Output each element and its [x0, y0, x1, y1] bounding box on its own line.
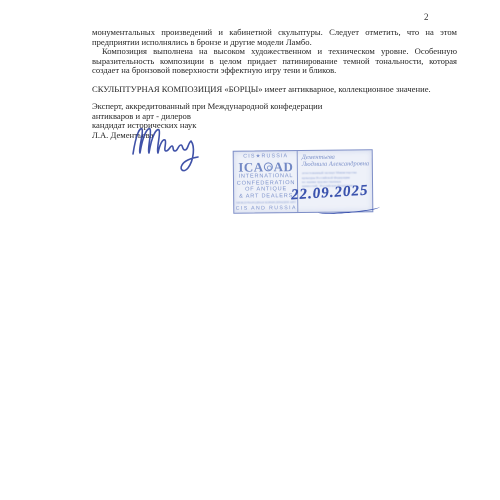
- conclusion-line: СКУЛЬПТУРНАЯ КОМПОЗИЦИЯ «БОРЦЫ» имеет ан…: [92, 85, 457, 95]
- document-body: монументальных произведений и кабинетной…: [92, 28, 457, 140]
- expert-signature-block: Эксперт, аккредитованный при Международн…: [92, 102, 457, 140]
- page-number: 2: [424, 12, 429, 22]
- stamp-acronym-right: AD: [274, 160, 294, 173]
- stamp-left-section: CIS★RUSSIA ICA AD INTERNATIONAL CONFEDER…: [234, 151, 299, 213]
- paragraph-continuation: монументальных произведений и кабинетной…: [92, 28, 457, 47]
- document-page: 2 монументальных произведений и кабинетн…: [0, 0, 500, 500]
- stamp-acronym-left: ICA: [238, 160, 263, 173]
- stamp-caps-line4: & ART DEALERS: [239, 193, 293, 200]
- stamp-micro-print-left: МЕЖДУНАРОДНАЯ КОНФЕДЕРАЦИЯ АНТИКВАРОВ И …: [236, 201, 296, 205]
- stamp-org-bottom: CIS AND RUSSIA: [236, 205, 297, 212]
- stamp-acronym: ICA AD: [238, 160, 293, 174]
- expert-name-line: Л.А. Дементьева: [92, 131, 457, 141]
- stamp-expert-given-names: Людмила Александровна: [302, 161, 370, 169]
- globe-emblem-icon: [264, 162, 273, 171]
- expert-stamp: CIS★RUSSIA ICA AD INTERNATIONAL CONFEDER…: [233, 149, 374, 213]
- paragraph-composition: Композиция выполнена на высоком художест…: [92, 47, 457, 76]
